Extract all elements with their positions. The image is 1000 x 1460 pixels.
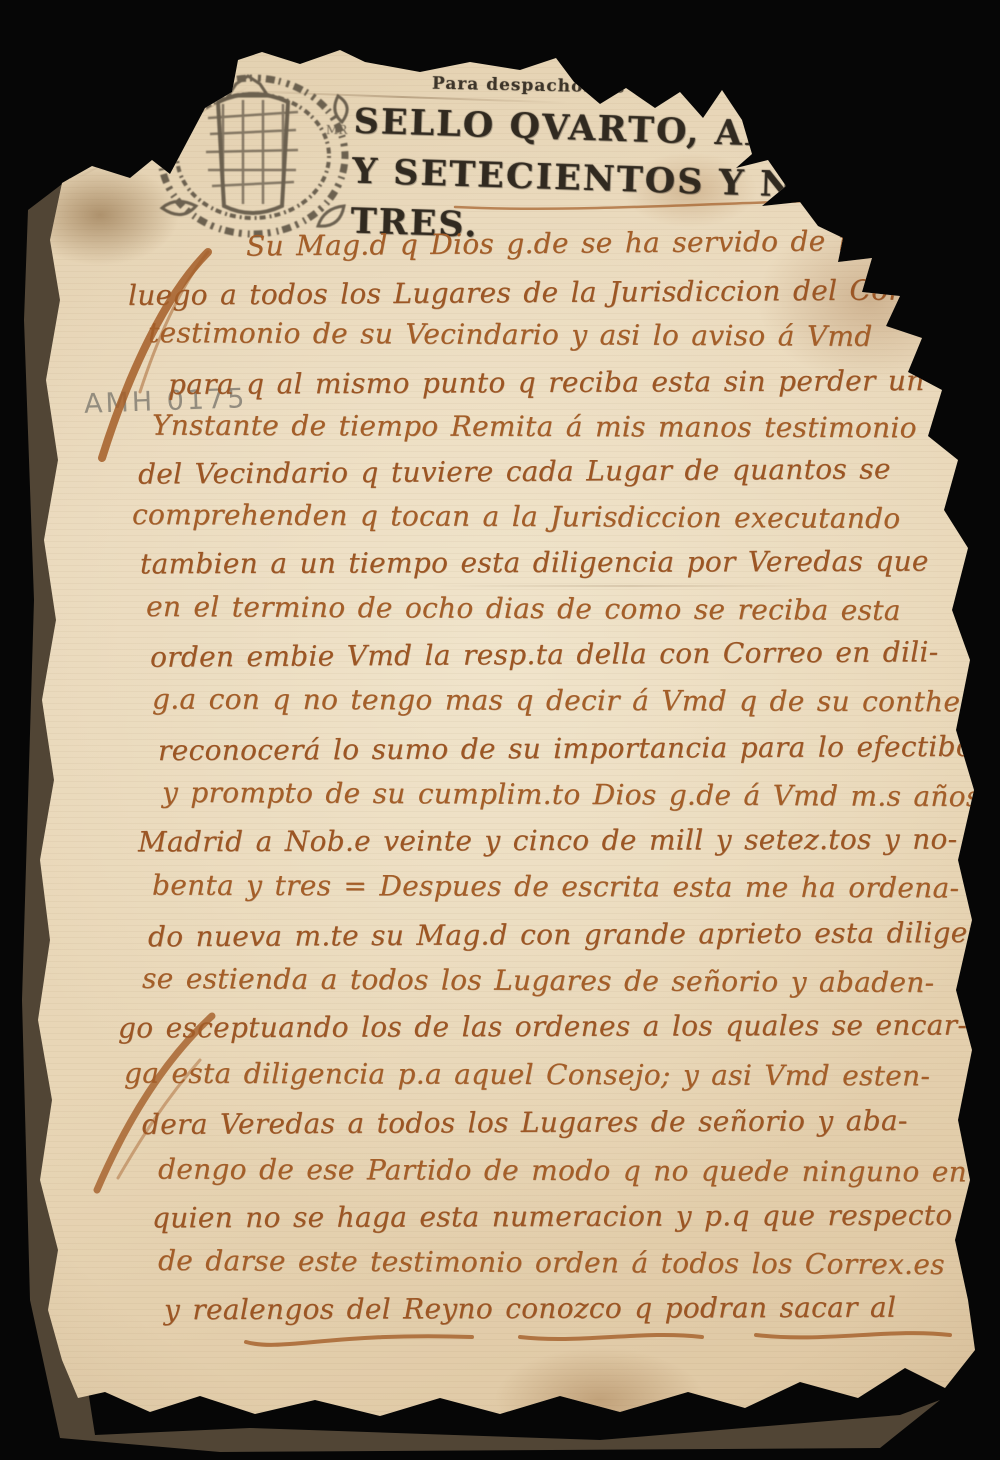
paper-sheet: MR Para despachos de of SELLO QVARTO, AÑ… xyxy=(0,0,1000,1460)
paper-crease xyxy=(73,85,251,181)
manuscript-line: para q al mismo punto q reciba esta sin … xyxy=(168,364,925,401)
manuscript-line: reconocerá lo sumo de su importancia par… xyxy=(158,730,973,767)
closing-underline-stroke xyxy=(756,1333,950,1337)
manuscript-line: orden embie Vmd la resp.ta della con Cor… xyxy=(150,635,939,674)
manuscript-line: dera Veredas a todos los Lugares de seño… xyxy=(142,1104,908,1141)
manuscript-line: g.a con q no tengo mas q decir á Vmd q d… xyxy=(152,682,1000,718)
manuscript-line: y prompto de su cumplim.to Dios g.de á V… xyxy=(162,776,981,813)
manuscript-line: ga esta diligencia p.a aquel Consejo; y … xyxy=(124,1057,930,1093)
closing-underline-stroke xyxy=(246,1336,472,1345)
manuscript-line: do nueva m.te su Mag.d con grande apriet… xyxy=(148,916,1000,954)
closing-underline-stroke xyxy=(520,1335,702,1339)
manuscript-line: quien no se haga esta numeracion y p.q q… xyxy=(152,1199,953,1235)
seal-monogram: MR xyxy=(326,123,348,137)
manuscript-line: se estienda a todos los Lugares de señor… xyxy=(142,962,935,999)
corner-flourish-stroke xyxy=(846,156,954,242)
paper-crease xyxy=(430,585,830,587)
manuscript-line: en el termino de ocho dias de como se re… xyxy=(146,590,901,627)
manuscript-line: del Vecindario q tuviere cada Lugar de q… xyxy=(138,452,891,490)
manuscript-line: de darse este testimonio orden á todos l… xyxy=(158,1244,945,1281)
manuscript-scan: MR Para despachos de of SELLO QVARTO, AÑ… xyxy=(0,0,1000,1460)
manuscript-line: tambien a un tiempo esta diligencia por … xyxy=(140,545,929,581)
manuscript-line: Madrid a Nob.e veinte y cinco de mill y … xyxy=(138,823,958,859)
manuscript-line: y realengos del Reyno conozco q podran s… xyxy=(164,1291,896,1327)
manuscript-line: go esceptuando los de las ordenes a los … xyxy=(118,1009,967,1045)
manuscript-line: dengo de ese Partido de modo q no quede … xyxy=(158,1153,967,1189)
manuscript-line: testimonio de su Vecindario y asi lo avi… xyxy=(148,316,873,353)
manuscript-line: luego a todos los Lugares de la Jurisdic… xyxy=(128,273,965,312)
printed-small-header: Para despachos de of xyxy=(432,74,654,99)
manuscript-line: comprehenden q tocan a la Jurisdiccion e… xyxy=(132,498,901,535)
manuscript-line: benta y tres = Despues de escrita esta m… xyxy=(152,869,959,905)
manuscript-line: Su Mag.d q Dios g.de se ha servido de ma… xyxy=(246,222,1000,262)
manuscript-line: Ynstante de tiempo Remita á mis manos te… xyxy=(152,409,917,445)
